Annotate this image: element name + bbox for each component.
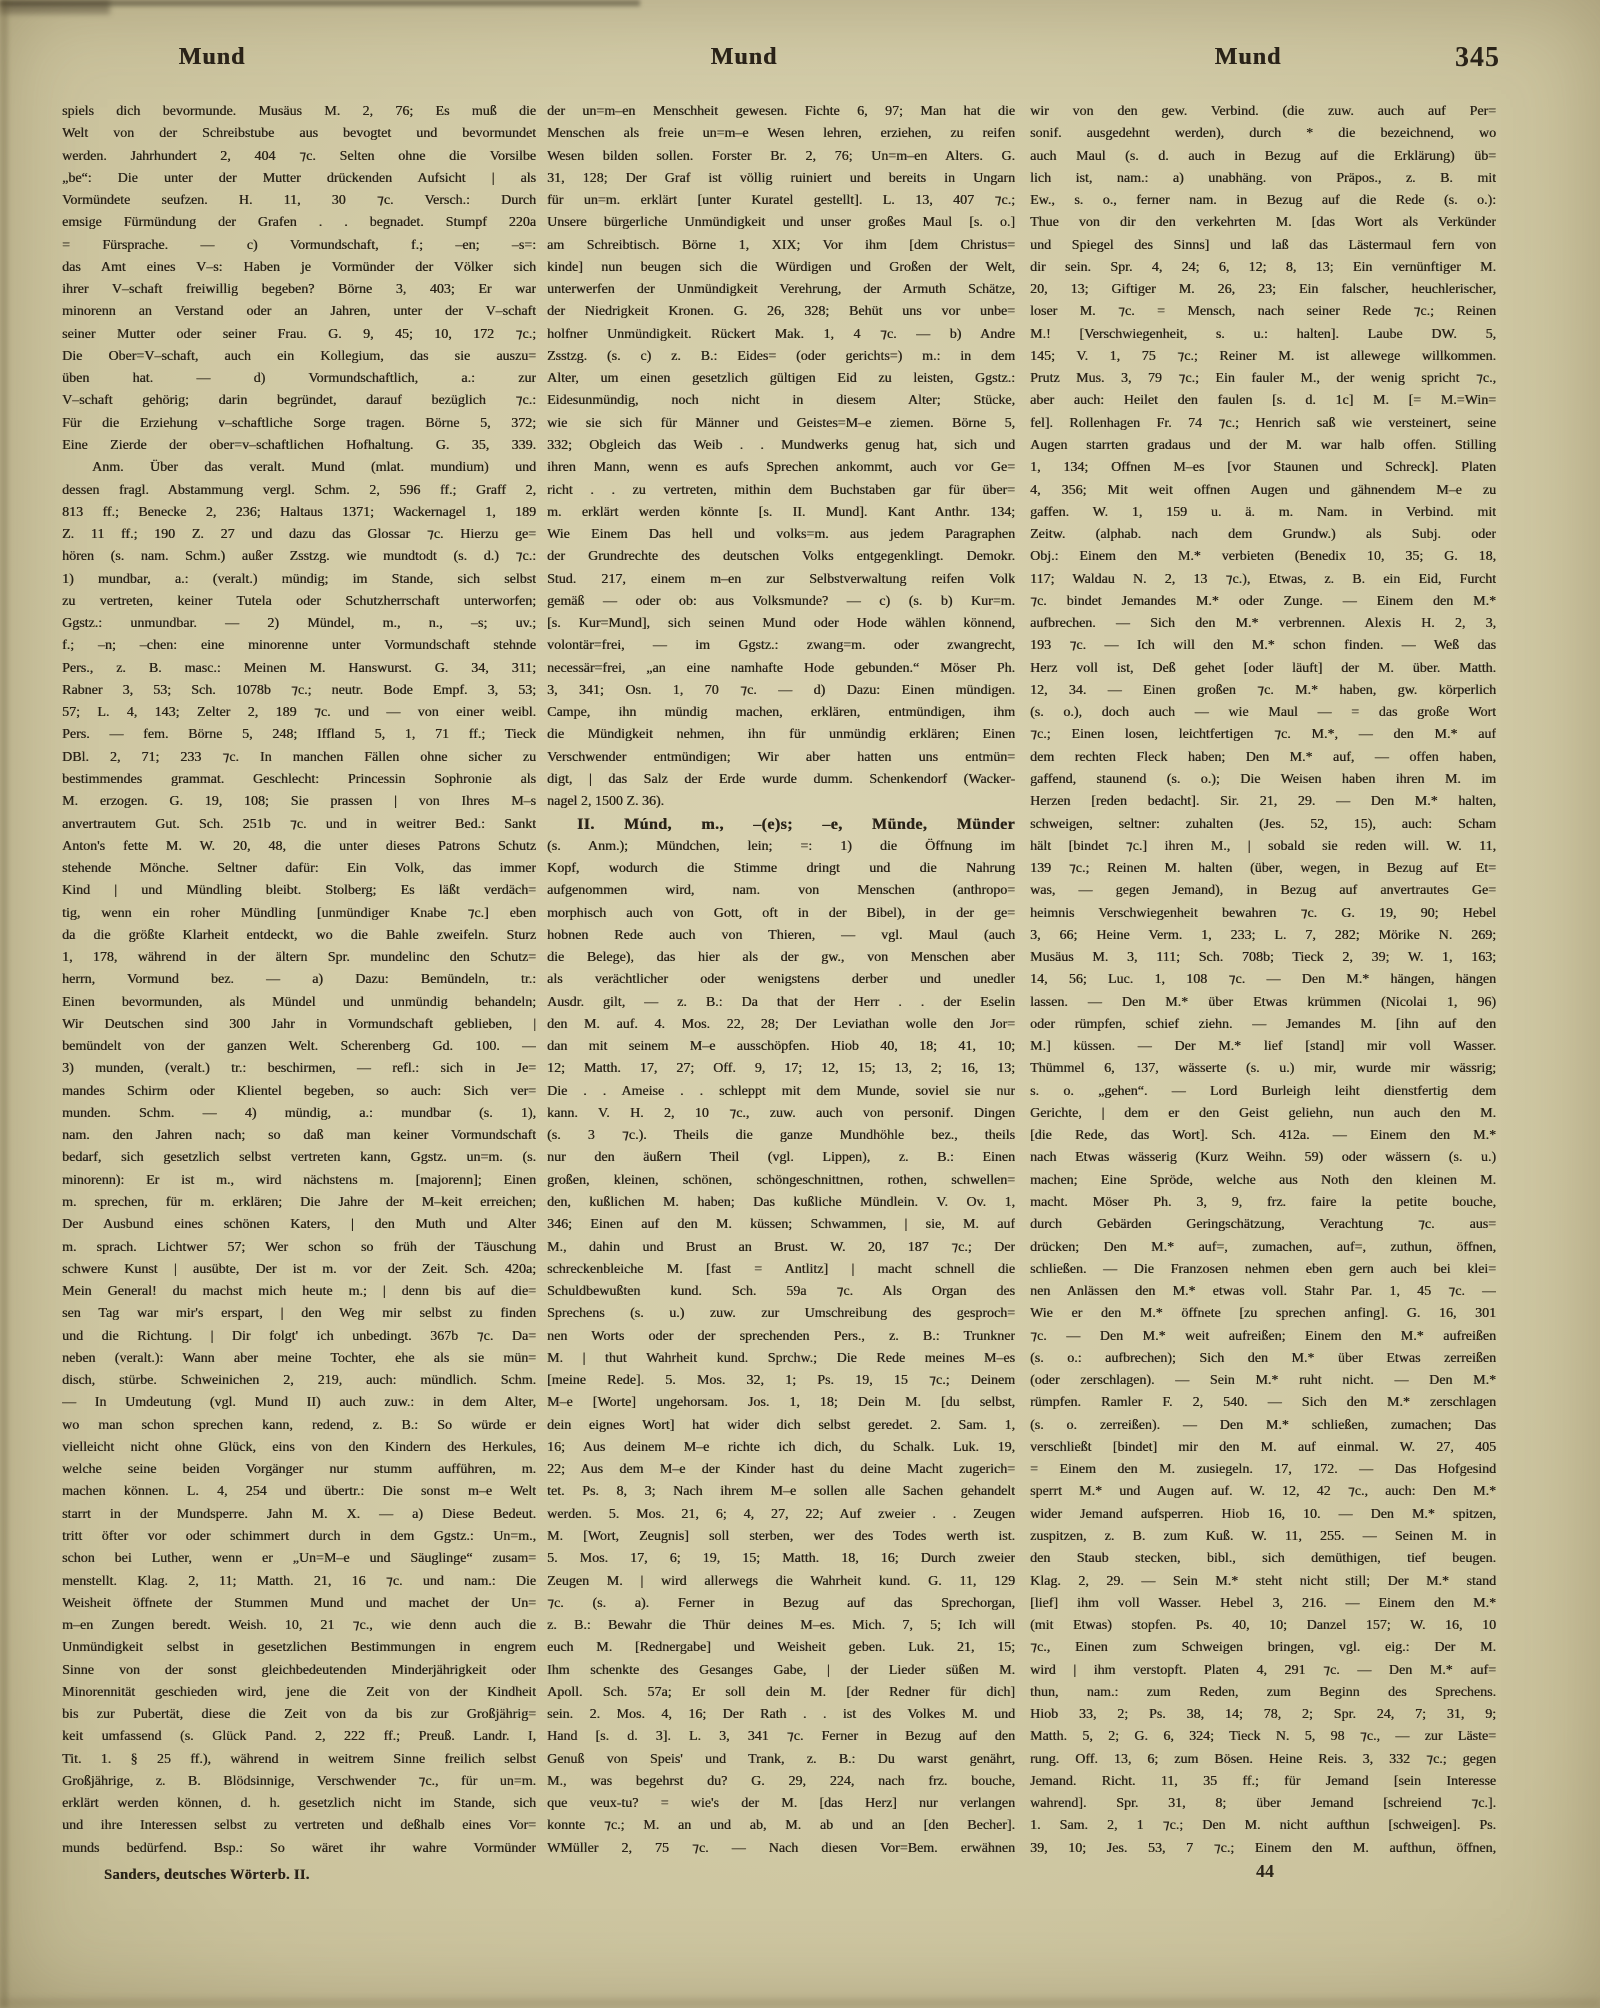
text-line: disch, stürbe. Schweinichen 2, 219, auch… <box>62 1370 536 1392</box>
text-line: dein eignes Wort] hat wider dich selbst … <box>547 1415 1015 1437</box>
text-line: (s. 3 ⁊c.). Theils die ganze Mundhöhle b… <box>547 1125 1015 1147</box>
text-line: 1) mundbar, a.: (veralt.) mündig; im Sta… <box>62 569 536 591</box>
text-line: Obj.: Einem den M.* verbieten (Benedix 1… <box>1030 546 1496 568</box>
text-line: nen Worts oder der sprechenden Pers., z.… <box>547 1326 1015 1348</box>
text-line: euch M. [Rednergabe] und Weisheit geben.… <box>547 1637 1015 1659</box>
text-line: Augen starrten gradaus und der M. war ha… <box>1030 435 1496 457</box>
text-line: ihrer V–schaft freiwillig begeben? Börne… <box>62 279 536 301</box>
text-line: Pers. — fem. Börne 5, 248; Iffland 5, 1,… <box>62 724 536 746</box>
text-line: Prutz Mus. 3, 79 ⁊c.; Ein fauler M., der… <box>1030 368 1496 390</box>
text-line: — In Umdeutung (vgl. Mund II) auch zuw.:… <box>62 1392 536 1414</box>
text-line: dem rechten Fleck haben; Den M.* auf, — … <box>1030 747 1496 769</box>
text-line: unterwerfen der Unmündigkeit Verehrung, … <box>547 279 1015 301</box>
text-line: oder rümpfen, schief ziehn. — Jemandes M… <box>1030 1014 1496 1036</box>
text-line: zuspitzen, z. B. zum Kuß. W. 11, 255. — … <box>1030 1526 1496 1548</box>
text-line: (s. Anm.); Mündchen, lein; =: 1) die Öff… <box>547 836 1015 858</box>
text-line: dir sein. Spr. 4, 24; 6, 12; 8, 13; Ein … <box>1030 257 1496 279</box>
text-line: die Mündigkeit nehmen, ihn für unmündig … <box>547 724 1015 746</box>
text-line: M. | thut Wahrheit kund. Sprchw.; Die Re… <box>547 1348 1015 1370</box>
text-line: Alter, um einen gesetzlich gültigen Eid … <box>547 368 1015 390</box>
text-line: 20, 13; Giftiger M. 26, 23; Ein falscher… <box>1030 279 1496 301</box>
text-line: m. erklärt werden könnte [s. II. Mund]. … <box>547 502 1015 524</box>
text-line: ⁊c.; Einen losen, leichtfertigen ⁊c. M.*… <box>1030 724 1496 746</box>
text-line: als verächtlicher oder wenigstens derber… <box>547 969 1015 991</box>
text-line: am Schreibtisch. Börne 1, XIX; Vor ihm [… <box>547 235 1015 257</box>
text-line: den M. auf. 4. Mos. 22, 28; Der Leviatha… <box>547 1014 1015 1036</box>
text-line: 22; Aus dem M–e der Kinder hast du deine… <box>547 1459 1015 1481</box>
text-line: aber auch: Heilet den faulen [s. d. 1c] … <box>1030 390 1496 412</box>
text-line: Klag. 2, 29. — Sein M.* steht nicht stil… <box>1030 1571 1496 1593</box>
text-line: 14, 56; Luc. 1, 108 ⁊c. — Den M.* hängen… <box>1030 969 1496 991</box>
text-line: 57; L. 4, 143; Zelter 2, 189 ⁊c. und — v… <box>62 702 536 724</box>
text-line: Herz voll ist, Deß gehet [oder läuft] de… <box>1030 658 1496 680</box>
text-line: Eine Zierde der ober=v–schaftlichen Hofh… <box>62 435 536 457</box>
text-line: Für die Erziehung v–schaftliche Sorge tr… <box>62 413 536 435</box>
text-line: m–en Zungen beredt. Weish. 10, 21 ⁊c., w… <box>62 1615 536 1637</box>
text-line: = Einem den M. zusiegeln. 17, 172. — Das… <box>1030 1459 1496 1481</box>
text-line: loser M. ⁊c. = Mensch, nach seiner Rede … <box>1030 301 1496 323</box>
text-line: Genuß von Speis' und Trank, z. B.: Du wa… <box>547 1749 1015 1771</box>
sheet-signature: 44 <box>1240 1861 1290 1882</box>
text-line: heimnis Verschwiegenheit bewahren ⁊c. G.… <box>1030 903 1496 925</box>
text-line: II. Múnd, m., –(e)s; –e, Münde, Münder <box>547 814 1015 836</box>
text-line: und die Richtung. | Dir folgt' ich unbed… <box>62 1326 536 1348</box>
text-line: Der Ausbund eines schönen Katers, | den … <box>62 1214 536 1236</box>
text-line: 1. Sam. 2, 1 ⁊c.; Den M. nicht aufthun [… <box>1030 1815 1496 1837</box>
text-line: Ggstz.: unmundbar. — 2) Mündel, m., n., … <box>62 613 536 635</box>
text-line: minorenn an Verstand oder an Jahren, unt… <box>62 301 536 323</box>
text-line: Zeugen M. | wird allerwegs die Wahrheit … <box>547 1571 1015 1593</box>
text-line: 145; V. 1, 75 ⁊c.; Reiner M. ist alleweg… <box>1030 346 1496 368</box>
text-line: wo man schon sprechen kann, redend, z. B… <box>62 1415 536 1437</box>
text-line: der Grundrechte des deutschen Volks entg… <box>547 546 1015 568</box>
text-line: schwere Kunst | ausübte, Der ist m. vor … <box>62 1259 536 1281</box>
text-line: Zeitw. (alphab. nach dem Grundw.) als Su… <box>1030 524 1496 546</box>
text-line: dan mit seinem M–e ausschöpfen. Hiob 40,… <box>547 1036 1015 1058</box>
text-line: nach Etwas wässerig (Kurz Weihn. 59) ode… <box>1030 1147 1496 1169</box>
text-line: Campe, ihn mündig machen, erklären, entm… <box>547 702 1015 724</box>
text-line: M.] küssen. — Der M.* lief [stand] mir v… <box>1030 1036 1496 1058</box>
text-line: Großjährige, z. B. Blödsinnige, Verschwe… <box>62 1771 536 1793</box>
text-line: menstellt. Klag. 2, 11; Matth. 21, 16 ⁊c… <box>62 1571 536 1593</box>
text-line: Einen bevormunden, als Mündel und unmünd… <box>62 992 536 1014</box>
imprint-line: Sanders, deutsches Wörterb. II. <box>104 1867 310 1884</box>
text-line: Kind | und Mündling bleibt. Stolberg; Es… <box>62 880 536 902</box>
text-line: DBl. 2, 71; 233 ⁊c. In manchen Fällen oh… <box>62 747 536 769</box>
text-line: hält [bindet ⁊c.] ihren M., | sobald sie… <box>1030 836 1496 858</box>
text-line: seiner Mutter oder seiner Frau. G. 9, 45… <box>62 324 536 346</box>
text-line: Ihm schenkte des Gesanges Gabe, | der Li… <box>547 1660 1015 1682</box>
text-line: 1, 134; Offnen M–es [vor Staunen und Sch… <box>1030 457 1496 479</box>
text-line: keit umfassend (s. Glück Pand. 2, 222 ff… <box>62 1726 536 1748</box>
text-line: kann. V. H. 2, 10 ⁊c., zuw. auch von per… <box>547 1103 1015 1125</box>
text-line: gaffen. W. 1, 159 u. ä. m. Nam. in Verbi… <box>1030 502 1496 524</box>
text-line: der un=m–en Menschheit gewesen. Fichte 6… <box>547 101 1015 123</box>
text-line: vielleicht nicht ohne Glück, eins von de… <box>62 1437 536 1459</box>
text-line: Die Ober=V–schaft, auch ein Kollegium, d… <box>62 346 536 368</box>
text-line: 813 ff.; Benecke 2, 236; Haltaus 1371; W… <box>62 502 536 524</box>
text-line: V–schaft gehörig; darin begründet, darau… <box>62 390 536 412</box>
text-line: bedarf, sich gesetzlich selbst vertreten… <box>62 1147 536 1169</box>
text-line: Thue von dir den verkehrten M. [das Wort… <box>1030 212 1496 234</box>
text-line: für un=m. erklärt [unter Kuratel gestell… <box>547 190 1015 212</box>
text-line: schon bei Luther, wenn er „Un=M–e und Sä… <box>62 1548 536 1570</box>
text-line: M–e [Worte] ungehorsam. Jos. 1, 18; Dein… <box>547 1392 1015 1414</box>
text-line: m. sprach. Lichtwer 57; Wer schon so frü… <box>62 1237 536 1259</box>
text-line: Wie Einem Das hell und volks=m. aus jede… <box>547 524 1015 546</box>
text-line: ⁊c. bindet Jemandes M.* oder Zunge. — Ei… <box>1030 591 1496 613</box>
text-line: [s. Kur=Mund], sich seinen Mund oder Hod… <box>547 613 1015 635</box>
text-line: schweigen, seltner: zuhalten (Jes. 52, 1… <box>1030 814 1496 836</box>
text-line: bestimmendes grammat. Geschlecht: Prince… <box>62 769 536 791</box>
text-line: Unsere bürgerliche Unmündigkeit und unse… <box>547 212 1015 234</box>
text-line: und Spiegel des Sinns] und laß das Läste… <box>1030 235 1496 257</box>
text-line: 346; Einen auf den M. küssen; Schwammen,… <box>547 1214 1015 1236</box>
text-line: emsige Fürmündung der Grafen . . begnade… <box>62 212 536 234</box>
text-line: Ew., s. o., ferner nam. in Bezug auf die… <box>1030 190 1496 212</box>
text-line: tig, wenn ein roher Mündling [unmündiger… <box>62 903 536 925</box>
text-line: (oder zerschlagen). — Sein M.* ruht nich… <box>1030 1370 1496 1392</box>
text-column-1: spiels dich bevormunde. Musäus M. 2, 76;… <box>62 101 536 1860</box>
text-line: Apoll. Sch. 57a; Er soll dein M. [der Re… <box>547 1682 1015 1704</box>
text-line: 5. Mos. 17, 6; 19, 15; Matth. 18, 16; Du… <box>547 1548 1015 1570</box>
text-line: die Belege), das hier als der gw., von M… <box>547 947 1015 969</box>
text-line: ⁊c., Einen zum Schweigen bringen, vgl. e… <box>1030 1637 1496 1659</box>
text-line: Matth. 5, 2; G. 6, 324; Tieck N. 5, 98 ⁊… <box>1030 1726 1496 1748</box>
text-line: Verschwender entmündigen; Wir aber hatte… <box>547 747 1015 769</box>
text-line: konnte ⁊c.; M. an und ab, M. ab und an [… <box>547 1815 1015 1837</box>
scan-edge-corner <box>0 0 110 14</box>
text-line: Sinne von der sonst gleichbedeutenden Mi… <box>62 1660 536 1682</box>
text-line: 12; Matth. 17, 27; Off. 9, 17; 12, 15; 1… <box>547 1058 1015 1080</box>
text-line: Kopf, wodurch die Stimme dringt und die … <box>547 858 1015 880</box>
text-line: munden. Schm. — 4) mündig, a.: mundbar (… <box>62 1103 536 1125</box>
text-line: Wir Deutschen sind 300 Jahr in Vormundsc… <box>62 1014 536 1036</box>
text-line: werden. 5. Mos. 21, 6; 4, 27, 22; Auf zw… <box>547 1504 1015 1526</box>
text-line: stehende Mönche. Seltner dafür: Ein Volk… <box>62 858 536 880</box>
text-line: schreckenbleiche M. [fast = Antlitz] | m… <box>547 1259 1015 1281</box>
text-line: richt . . zu vertreten, mithin dem Buchs… <box>547 480 1015 502</box>
text-line: Hand [s. d. 3]. L. 3, 341 ⁊c. Ferner in … <box>547 1726 1015 1748</box>
text-line: herrn, Vormund bez. — a) Dazu: Bemündeln… <box>62 969 536 991</box>
text-line: M., was begehrst du? G. 29, 224, nach fr… <box>547 1771 1015 1793</box>
text-line: „be“: Die unter der Mutter drückenden Au… <box>62 168 536 190</box>
text-line: hören (s. nam. Schm.) außer Zsstzg. wie … <box>62 546 536 568</box>
text-line: = Fürsprache. — c) Vormundschaft, f.; –e… <box>62 235 536 257</box>
text-line: Die . . Ameise . . schleppt mit dem Mund… <box>547 1081 1015 1103</box>
text-line: Stud. 217, einem m–en zur Selbstverwaltu… <box>547 569 1015 591</box>
text-line: munds bedürfend. Bsp.: So wäret ihr wahr… <box>62 1838 536 1860</box>
text-line: Wie er den M.* öffnete [zu sprechen anfi… <box>1030 1303 1496 1325</box>
text-line: thun, nam.: zum Reden, zum Beginn des Sp… <box>1030 1682 1496 1704</box>
text-line: Anm. Über das veralt. Mund (mlat. mundiu… <box>62 457 536 479</box>
text-line: holfner Unmündigkeit. Rückert Mak. 1, 4 … <box>547 324 1015 346</box>
text-line: (mit Etwas) stopfen. Ps. 40, 10; Danzel … <box>1030 1615 1496 1637</box>
text-line: WMüller 2, 75 ⁊c. — Nach diesen Vor=Bem.… <box>547 1838 1015 1860</box>
text-line: M., dahin und Brust an Brust. W. 20, 187… <box>547 1237 1015 1259</box>
scanned-page: Mund Mund Mund 345 spiels dich bevormund… <box>0 0 1600 2008</box>
text-line: wir von den gew. Verbind. (die zuw. auch… <box>1030 101 1496 123</box>
text-line: (s. o. zerreißen). — Den M.* schließen, … <box>1030 1415 1496 1437</box>
text-line: Herzen [reden bedacht]. Sir. 21, 29. — D… <box>1030 791 1496 813</box>
text-line: Pers., z. B. masc.: Meinen M. Hanswurst.… <box>62 658 536 680</box>
text-line: 31, 128; Der Graf ist völlig ruiniert un… <box>547 168 1015 190</box>
text-line: Weisheit öffnete der Stummen Mund und ma… <box>62 1593 536 1615</box>
scan-edge-bottom <box>0 1998 1600 2008</box>
text-line: nam. den Jahren nach; so daß man keiner … <box>62 1125 536 1147</box>
text-line: rung. Off. 13, 6; zum Bösen. Heine Reis.… <box>1030 1749 1496 1771</box>
text-line: nur den äußern Theil (vgl. Lippen), z. B… <box>547 1147 1015 1169</box>
text-line: den Staub stecken, bibl., sich demüthige… <box>1030 1548 1496 1570</box>
text-line: kinde] nun beugen sich die Würdigen und … <box>547 257 1015 279</box>
text-line: digt, | das Salz der Erde wurde dumm. Sc… <box>547 769 1015 791</box>
text-line: lassen. — Den M.* über Etwas krümmen (Ni… <box>1030 992 1496 1014</box>
text-line: anvertrautem Gut. Sch. 251b ⁊c. und in w… <box>62 814 536 836</box>
text-line: großen, kleinen, schönen, schöngeschnitt… <box>547 1170 1015 1192</box>
text-line: 12, 34. — Einen großen ⁊c. M.* haben, gw… <box>1030 680 1496 702</box>
text-line: mandes Schirm oder Klientel begeben, so … <box>62 1081 536 1103</box>
text-line: tet. Ps. 8, 3; Nach ihrem M–e sollen all… <box>547 1481 1015 1503</box>
running-head-word-1: Mund <box>152 44 272 76</box>
text-line: machen; Eine Spröde, welche aus Noth den… <box>1030 1170 1496 1192</box>
text-line: m. sprechen, für m. erklären; Die Jahre … <box>62 1192 536 1214</box>
text-line: 193 ⁊c. — Ich will den M.* schon finden.… <box>1030 635 1496 657</box>
text-line: [lief] ihm voll Wasser. Hebel 3, 216. — … <box>1030 1593 1496 1615</box>
text-line: Gerichte, | dem er den Geist geliehn, nu… <box>1030 1103 1496 1125</box>
text-line: Wesen bilden sollen. Forster Br. 2, 76; … <box>547 146 1015 168</box>
text-line: que veux-tu? = wie's der M. [das Herz] n… <box>547 1793 1015 1815</box>
text-line: Sprechens (s. u.) zuw. zur Umschreibung … <box>547 1303 1015 1325</box>
text-line: durch Gebärden Geringschätzung, Verachtu… <box>1030 1214 1496 1236</box>
text-line: gemäß — oder ob: aus Volksmunde? — c) (s… <box>547 591 1015 613</box>
text-line: sen Tag war mir's erspart, | den Weg mir… <box>62 1303 536 1325</box>
text-line: Vormündete seufzen. H. 11, 30 ⁊c. Versch… <box>62 190 536 212</box>
text-line: Minorennität geschieden wird, jene die Z… <box>62 1682 536 1704</box>
text-line: wird | ihm verstopft. Platen 4, 291 ⁊c. … <box>1030 1660 1496 1682</box>
text-line: bis zur Pubertät, diese die Zeit von da … <box>62 1704 536 1726</box>
text-line: morphisch auch von Gott, oft in der Bibe… <box>547 903 1015 925</box>
text-line: da die größte Klarheit entdeckt, wo die … <box>62 925 536 947</box>
text-line: fel]. Rollenhagen Fr. 74 ⁊c.; Henrich sa… <box>1030 413 1496 435</box>
text-line: sein. 2. Mos. 4, 16; Der Rath . . ist de… <box>547 1704 1015 1726</box>
text-line: Hiob 33, 2; Ps. 38, 14; 78, 2; Spr. 24, … <box>1030 1704 1496 1726</box>
text-line: schließen. — Die Franzosen nehmen eben g… <box>1030 1259 1496 1281</box>
text-line: verschließt [bindet] mir den M. auf einm… <box>1030 1437 1496 1459</box>
text-line: drücken; Den M.* auf=, zumachen, auf=, z… <box>1030 1237 1496 1259</box>
text-line: Unmündigkeit selbst in gesetzlichen Best… <box>62 1637 536 1659</box>
text-line: ihren Mann, wenn es aufs Sprechen ankomm… <box>547 457 1015 479</box>
text-line: Welt von der Schreibstube aus bevogtet u… <box>62 123 536 145</box>
text-line: 3, 341; Osn. 1, 70 ⁊c. — d) Dazu: Einen … <box>547 680 1015 702</box>
running-head-word-2: Mund <box>684 44 804 76</box>
running-head: Mund Mund Mund 345 <box>0 44 1600 80</box>
text-line: Eidesunmündig, noch nicht in diesem Alte… <box>547 390 1015 412</box>
text-line: machen können. L. 4, 254 und übertr.: Di… <box>62 1481 536 1503</box>
text-line: 39, 10; Jes. 53, 7 ⁊c.; Einem den M. auf… <box>1030 1838 1496 1860</box>
text-line: nagel 2, 1500 Z. 36). <box>547 791 1015 813</box>
text-line: der Niedrigkeit Kronen. G. 26, 328; Behü… <box>547 301 1015 323</box>
text-line: bemündelt von der ganzen Welt. Scherenbe… <box>62 1036 536 1058</box>
text-line: tritt öfter vor oder schimmert durch in … <box>62 1526 536 1548</box>
text-line: volontär=frei, — im Ggstz.: zwang=m. ode… <box>547 635 1015 657</box>
text-line: was, — gegen Jemand), in Bezug auf anver… <box>1030 880 1496 902</box>
text-line: zu vertreten, keiner Tutela oder Schutzh… <box>62 591 536 613</box>
text-line: s. o. „gehen“. — Lord Burleigh leiht die… <box>1030 1081 1496 1103</box>
text-line: das Amt eines V–s: Haben je Vormünder de… <box>62 257 536 279</box>
text-line: wider Jemand aufsperren. Hiob 16, 10. — … <box>1030 1504 1496 1526</box>
text-column-3: wir von den gew. Verbind. (die zuw. auch… <box>1030 101 1496 1860</box>
text-line: Tit. 1. § 25 ff.), während in weitrem Si… <box>62 1749 536 1771</box>
text-line: (s. o.: aufbrechen); Sich den M.* über E… <box>1030 1348 1496 1370</box>
text-line: Z. 11 ff.; 190 Z. 27 und dazu das Glossa… <box>62 524 536 546</box>
text-line: M. [Wort, Zeugnis] soll sterben, wer des… <box>547 1526 1015 1548</box>
text-line: 139 ⁊c.; Reinen M. halten (über, wegen, … <box>1030 858 1496 880</box>
text-line: werden. Jahrhundert 2, 404 ⁊c. Selten oh… <box>62 146 536 168</box>
text-line: spiels dich bevormunde. Musäus M. 2, 76;… <box>62 101 536 123</box>
text-line: aufgenommen wird, nam. von Menschen (ant… <box>547 880 1015 902</box>
text-line: 3, 66; Heine Verm. 1, 233; L. 7, 282; Mö… <box>1030 925 1496 947</box>
text-line: Rabner 3, 53; Sch. 1078b ⁊c.; neutr. Bod… <box>62 680 536 702</box>
text-line: nen Anlässen den M.* etwas voll. Stahr P… <box>1030 1281 1496 1303</box>
text-line: erklärt werden können, d. h. gesetzlich … <box>62 1793 536 1815</box>
text-line: dessen fragl. Abstammung vergl. Schm. 2,… <box>62 480 536 502</box>
text-line: Schuldbewußten kund. Sch. 59a ⁊c. Als Or… <box>547 1281 1015 1303</box>
text-line: 4, 356; Mit weit offnen Augen und gähnen… <box>1030 480 1496 502</box>
text-line: wie sie sich für Männer und Geistes=M–e … <box>547 413 1015 435</box>
text-line: hobnen Rede auch von Thieren, — vgl. Mau… <box>547 925 1015 947</box>
text-line: macht. Möser Ph. 3, 9, frz. faire la pet… <box>1030 1192 1496 1214</box>
text-line: 332; Obgleich das Weib . . Mundwerks gen… <box>547 435 1015 457</box>
text-line: f.; –n; –chen: eine minorenne unter Vorm… <box>62 635 536 657</box>
text-line: wahrend]. Spr. 31, 8; über Jemand [schre… <box>1030 1793 1496 1815</box>
text-line: (s. o.), doch auch — wie Maul — = das gr… <box>1030 702 1496 724</box>
text-line: 3) munden, (veralt.) tr.: beschirmen, — … <box>62 1058 536 1080</box>
text-line: M.! [Verschwiegenheit, s. u.: halten]. L… <box>1030 324 1496 346</box>
text-line: neben (veralt.): Wann aber meine Tochter… <box>62 1348 536 1370</box>
text-line: z. B.: Bewahr die Thür deines M–es. Mich… <box>547 1615 1015 1637</box>
text-line: 117; Waldau N. 2, 13 ⁊c.), Etwas, z. B. … <box>1030 569 1496 591</box>
text-line: aufbrechen. — Sich den M.* verbrennen. A… <box>1030 613 1496 635</box>
text-line: 1, 178, während in der ältern Spr. munde… <box>62 947 536 969</box>
text-line: Jemand. Richt. 11, 35 ff.; für Jemand [s… <box>1030 1771 1496 1793</box>
running-head-word-3: Mund <box>1188 44 1308 76</box>
text-line: Thümmel 6, 137, wässerte (s. u.) mir, wu… <box>1030 1058 1496 1080</box>
text-line: minorenn): Er ist m., wird nächstens m. … <box>62 1170 536 1192</box>
text-line: 16; Aus deinem M–e richte ich dich, du S… <box>547 1437 1015 1459</box>
text-line: starrt in der Mundsperre. Jahn M. X. — a… <box>62 1504 536 1526</box>
text-line: sperrt M.* und Augen auf. W. 12, 42 ⁊c.,… <box>1030 1481 1496 1503</box>
text-line: Menschen als freie un=m–e Wesen lehren, … <box>547 123 1015 145</box>
text-line: den, kußlichen M. haben; Das kußliche Mü… <box>547 1192 1015 1214</box>
text-line: Ausdr. gilt, — z. B.: Da that der Herr .… <box>547 992 1015 1014</box>
text-line: necessär=frei, „an eine namhafte Hode ge… <box>547 658 1015 680</box>
text-line: Anton's fette M. W. 20, 48, die unter di… <box>62 836 536 858</box>
text-line: rümpfen. Ramler F. 2, 540. — Sich den M.… <box>1030 1392 1496 1414</box>
text-line: ⁊c. — Den M.* weit aufreißen; Einem den … <box>1030 1326 1496 1348</box>
text-line: [die Rede, das Wort]. Sch. 412a. — Einem… <box>1030 1125 1496 1147</box>
text-line: Mein General! du machst mich heute m.; |… <box>62 1281 536 1303</box>
text-line: Musäus M. 3, 111; Sch. 708b; Tieck 2, 39… <box>1030 947 1496 969</box>
text-line: auch Maul (s. d. auch in Bezug auf die E… <box>1030 146 1496 168</box>
text-column-2: der un=m–en Menschheit gewesen. Fichte 6… <box>547 101 1015 1860</box>
scan-edge-left <box>0 0 8 2008</box>
text-line: und ihre Interessen selbst zu vertreten … <box>62 1815 536 1837</box>
text-line: sonif. ausgedehnt werden), durch * die b… <box>1030 123 1496 145</box>
text-line: lich ist, nam.: a) unabhäng. von Präpos.… <box>1030 168 1496 190</box>
text-line: M. erzogen. G. 19, 108; Sie prassen | vo… <box>62 791 536 813</box>
text-line: ⁊c. (s. a). Ferner in Bezug auf das Spre… <box>547 1593 1015 1615</box>
text-line: Zsstzg. (s. c) z. B.: Eides= (oder geric… <box>547 346 1015 368</box>
text-line: welche seine beiden Vorgänger nur stumm … <box>62 1459 536 1481</box>
text-line: üben hat. — d) Vormundschaftlich, a.: zu… <box>62 368 536 390</box>
page-number: 345 <box>1418 42 1500 74</box>
text-line: [meine Rede]. 5. Mos. 32, 1; Ps. 19, 15 … <box>547 1370 1015 1392</box>
text-line: gaffend, staunend (s. o.); Die Weisen ha… <box>1030 769 1496 791</box>
